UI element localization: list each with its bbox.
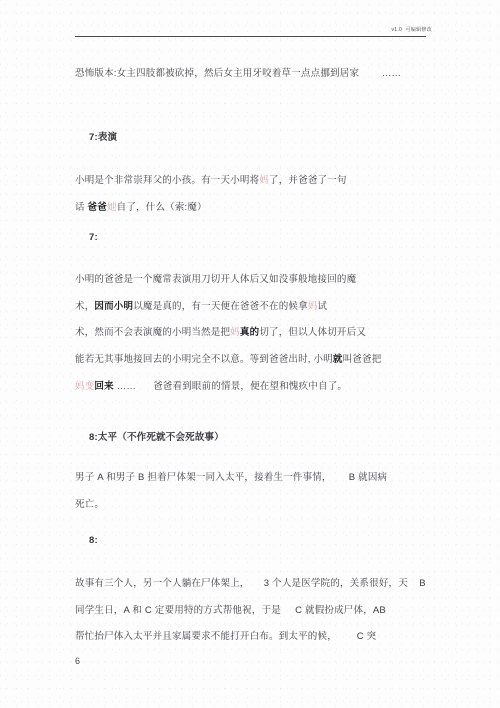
- body-text: 8:: [89, 535, 98, 546]
- body-text: 术，: [75, 301, 94, 312]
- body-text: 试: [318, 301, 328, 312]
- page-number: 6: [75, 656, 80, 666]
- body-text: 了，并爸爸了一句: [269, 175, 347, 186]
- paragraph-story-7-body: 小明的爸爸是一个魔常表演用刀切开人体后又如没事般地接回的魔术，因而小明以魔是真的…: [75, 267, 381, 401]
- emphasis-text: 真的: [240, 327, 259, 338]
- body-text: 男子 A 和男子 B 担着尸体架一同入太平，接着生一件事情， B 就因病: [75, 472, 387, 483]
- heading-story-7-answer: 7:: [89, 231, 98, 245]
- text-line: 小明的爸爸是一个魔常表演用刀切开人体后又如没事般地接回的魔: [75, 267, 381, 294]
- paragraph-horror-version: 恐怖版本:女主四肢都被砍掉，然后女主用牙咬着草一点点挪到居家 ……: [75, 60, 401, 87]
- paragraph-story-8-intro: 男子 A 和男子 B 担着尸体架一同入太平，接着生一件事情， B 就因病死亡。: [75, 464, 387, 518]
- document-page: v1.0 可编辑修改 恐怖版本:女主四肢都被砍掉，然后女主用牙咬着草一点点挪到居…: [0, 0, 500, 708]
- emphasis-text: 爸爸: [88, 202, 107, 213]
- text-line: 术，因而小明以魔是真的，有一天便在爸爸不在的候拿妈试: [75, 294, 381, 321]
- paragraph-story-8-body: 故事有三个人，另一个人躺在尸体架上， 3 个人是医学院的，关系很好，天 B同学生…: [75, 571, 426, 651]
- highlight-pink-text: 妈: [230, 327, 240, 338]
- emphasis-text: 就: [333, 354, 343, 365]
- heading-story-8-morgue: 8:太平（不作死就不会死故事）: [89, 431, 224, 445]
- text-line: 恐怖版本:女主四肢都被砍掉，然后女主用牙咬着草一点点挪到居家 ……: [75, 60, 401, 87]
- text-line: 男子 A 和男子 B 担着尸体架一同入太平，接着生一件事情， B 就因病: [75, 464, 387, 491]
- body-text: 术，然而不会表演魔的小明当然是把: [75, 327, 230, 338]
- highlight-pink-text: 她: [107, 202, 117, 213]
- highlight-pink-text: 妈: [259, 175, 269, 186]
- body-text: 7:表演: [89, 132, 117, 143]
- text-line: 帮忙抬尸体入太平并且家属要求不能打开白布。到太平的候， C 突: [75, 624, 426, 651]
- highlight-pink-text: 妈变: [75, 381, 94, 392]
- body-text: 小明是个非常崇拜父的小孩。有一天小明将: [75, 175, 259, 186]
- text-line: 8:太平（不作死就不会死故事）: [89, 431, 224, 445]
- text-line: 7:表演: [89, 131, 117, 145]
- body-text: 魔是真的，有一天便在爸爸不在的候拿: [143, 301, 308, 312]
- body-text: 能若无其事地接回去的小明完全不以意。等到爸爸出时, 小明: [75, 354, 333, 365]
- body-text: 帮忙抬尸体入太平并且家属要求不能打开白布。到太平的候， C 突: [75, 631, 376, 642]
- body-text: ……: [359, 68, 401, 79]
- heading-story-7-performance: 7:表演: [89, 131, 117, 145]
- body-text: 话: [75, 202, 88, 213]
- body-text: 小明的爸爸是一个魔常表演用刀切开人体后又如没事般地接回的魔: [75, 274, 356, 285]
- emphasis-text: 因而小明: [94, 301, 133, 312]
- body-text: 切了，但以人体切开后又: [259, 327, 366, 338]
- text-line: 能若无其事地接回去的小明完全不以意。等到爸爸出时, 小明就叫爸爸把: [75, 347, 381, 374]
- text-line: 故事有三个人，另一个人躺在尸体架上， 3 个人是医学院的，关系很好，天 B: [75, 571, 426, 598]
- header-rule: [75, 36, 426, 37]
- text-line: 同学生日，A 和 C 定要用特的方式帮他祝，于是 C 就假扮成尸体，AB: [75, 598, 426, 625]
- body-text: 8:太平（不作死就不会死故事）: [89, 432, 224, 443]
- text-line: 小明是个非常崇拜父的小孩。有一天小明将妈了，并爸爸了一句: [75, 167, 347, 194]
- body-text: 死亡。: [75, 499, 104, 510]
- body-text: 自了，什么（索:魔）: [117, 202, 207, 213]
- text-line: 8:: [89, 534, 98, 548]
- text-line: 死亡。: [75, 491, 387, 518]
- body-text: 故事有三个人，另一个人躺在尸体架上， 3 个人是医学院的，关系很好，天 B: [75, 578, 426, 589]
- body-text: 7:: [89, 232, 98, 243]
- body-text: 恐怖版本:女主四肢都被砍掉，然后女主用牙咬着草一点点挪到居家: [75, 68, 359, 79]
- highlight-pink-text: 妈: [308, 301, 318, 312]
- text-line: 7:: [89, 231, 98, 245]
- body-text: …… 爸爸看到眼前的情景，便在望和愧疚中自了。: [114, 381, 347, 392]
- text-line: 妈变回来 …… 爸爸看到眼前的情景，便在望和愧疚中自了。: [75, 374, 381, 401]
- emphasis-text: 回来: [94, 381, 113, 392]
- version-label: v1.0 可编辑修改: [391, 26, 432, 33]
- body-text: 叫爸爸把: [343, 354, 382, 365]
- text-line: 术，然而不会表演魔的小明当然是把妈真的切了，但以人体切开后又: [75, 320, 381, 347]
- body-text: 同学生日，A 和 C 定要用特的方式帮他祝，于是 C 就假扮成尸体，AB: [75, 605, 386, 616]
- paragraph-story-7-intro: 小明是个非常崇拜父的小孩。有一天小明将妈了，并爸爸了一句话 爸爸她自了，什么（索…: [75, 167, 347, 221]
- body-text: 以: [133, 301, 143, 312]
- heading-story-8-answer: 8:: [89, 534, 98, 548]
- text-line: 话 爸爸她自了，什么（索:魔）: [75, 194, 347, 221]
